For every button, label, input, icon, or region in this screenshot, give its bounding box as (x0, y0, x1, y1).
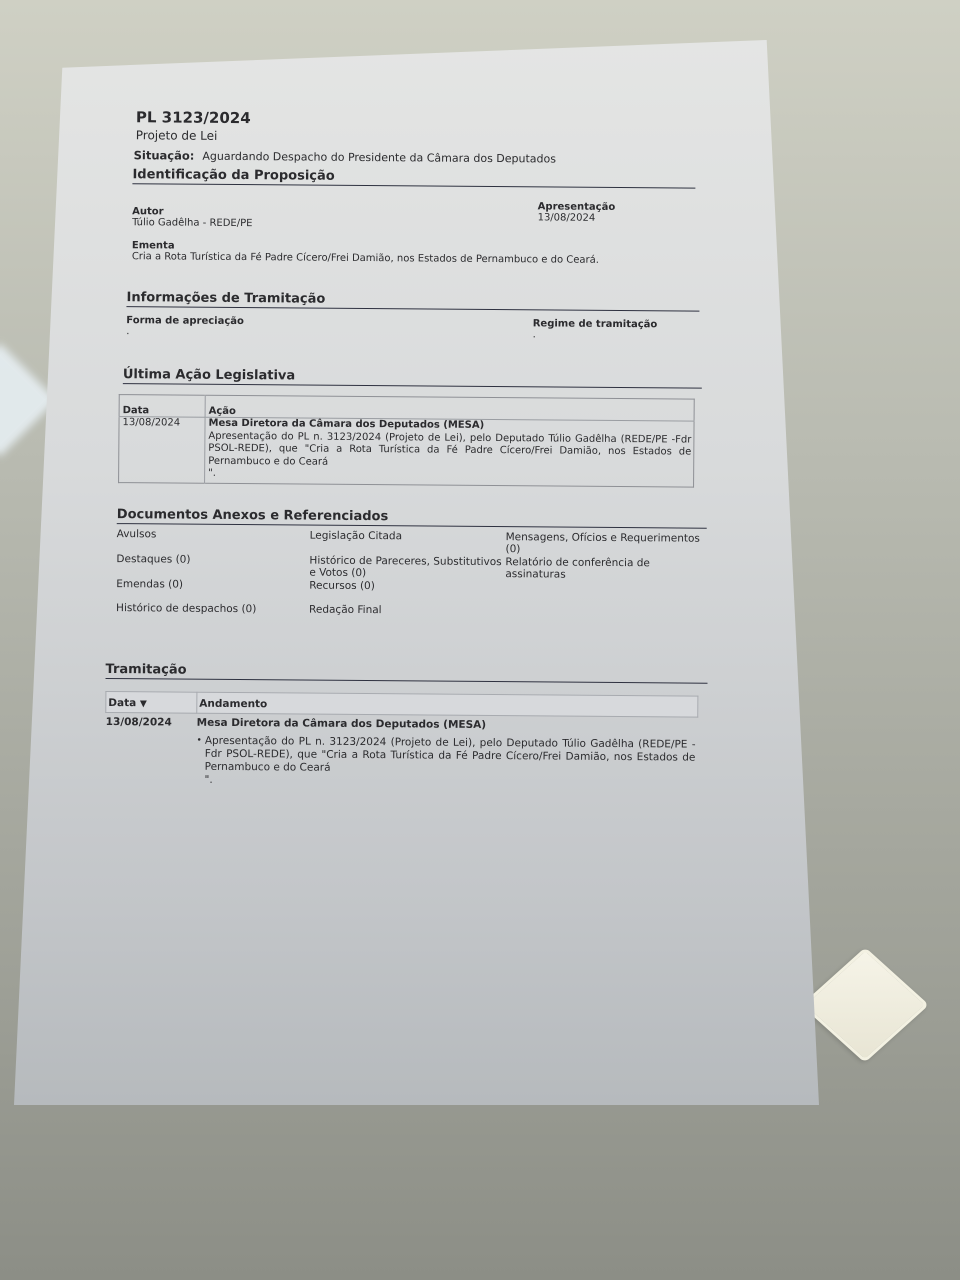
doc-empty (505, 581, 705, 607)
tramitation-info-section: Informações de Tramitação Forma de aprec… (126, 290, 699, 341)
col-date: Data (119, 395, 205, 418)
doc-link-legislacao[interactable]: Legislação Citada (310, 529, 506, 556)
row-text: Apresentação do PL n. 3123/2024 (Projeto… (205, 734, 696, 777)
row-date: 13/08/2024 (105, 712, 197, 786)
doc-link-destaques[interactable]: Destaques (0) (116, 553, 309, 580)
status-label: Situação: (134, 148, 195, 162)
document-content: PL 3123/2024 Projeto de Lei Situação:Agu… (103, 108, 708, 790)
bill-title: PL 3123/2024 (136, 108, 708, 130)
table-row: 13/08/2024 Mesa Diretora da Câmara dos D… (119, 417, 694, 487)
last-action-table: Data Ação 13/08/2024 Mesa Diretora da Câ… (118, 394, 695, 487)
doc-link-despachos[interactable]: Histórico de despachos (0) (116, 602, 309, 628)
table-row: 13/08/2024 Mesa Diretora da Câmara dos D… (105, 712, 698, 790)
status-line: Situação:Aguardando Despacho do Presiden… (134, 148, 708, 167)
appreciation-value: . (126, 326, 244, 338)
doc-link-mensagens[interactable]: Mensagens, Ofícios e Requerimentos (0) (505, 531, 705, 558)
documents-grid: Avulsos Legislação Citada Mensagens, Ofí… (116, 528, 707, 631)
doc-link-avulsos[interactable]: Avulsos (117, 528, 310, 555)
presentation-label: Apresentação (538, 201, 616, 213)
appreciation-label: Forma de apreciação (126, 315, 244, 327)
action-end: ". (208, 468, 691, 484)
author-value: Túlio Gadêlha - REDE/PE (132, 217, 252, 229)
regime-value: . (533, 329, 658, 341)
doc-link-pareceres[interactable]: Histórico de Pareceres, Substitutivos e … (309, 554, 505, 581)
last-action-section: Última Ação Legislativa Data Ação 13/08/… (122, 367, 702, 487)
section-heading: Tramitação (106, 661, 708, 683)
status-value: Aguardando Despacho do Presidente da Câm… (202, 150, 556, 166)
doc-link-relatorio[interactable]: Relatório de conferência de assinaturas (505, 556, 705, 583)
presentation-date: 13/08/2024 (538, 212, 616, 224)
section-heading: Identificação da Proposição (132, 167, 695, 188)
tramitation-table: Data ▼ Andamento 13/08/2024 Mesa Diretor… (105, 690, 699, 790)
documents-section: Documentos Anexos e Referenciados Avulso… (116, 507, 707, 631)
bullet-icon: • (196, 734, 202, 786)
tramitation-section: Tramitação Data ▼ Andamento 13/08/2024 M… (105, 661, 708, 790)
action-date: 13/08/2024 (119, 417, 206, 483)
section-heading: Última Ação Legislativa (123, 367, 702, 389)
doc-link-emendas[interactable]: Emendas (0) (116, 578, 309, 604)
section-heading: Documentos Anexos e Referenciados (117, 507, 707, 529)
action-text: Apresentação do PL n. 3123/2024 (Projeto… (208, 430, 691, 471)
section-heading: Informações de Tramitação (126, 290, 699, 311)
regime-label: Regime de tramitação (533, 318, 658, 330)
identification-section: Identificação da Proposição Autor Túlio … (132, 167, 696, 266)
paperweight-object (801, 947, 929, 1062)
row-organ: Mesa Diretora da Câmara dos Deputados (M… (197, 716, 696, 732)
doc-link-recursos[interactable]: Recursos (0) (309, 579, 505, 605)
sort-desc-icon[interactable]: ▼ (140, 699, 147, 709)
doc-empty (505, 605, 705, 631)
bill-type: Projeto de Lei (136, 128, 708, 146)
col-date-sortable[interactable]: Data ▼ (106, 691, 197, 713)
doc-link-redacao[interactable]: Redação Final (309, 603, 505, 629)
